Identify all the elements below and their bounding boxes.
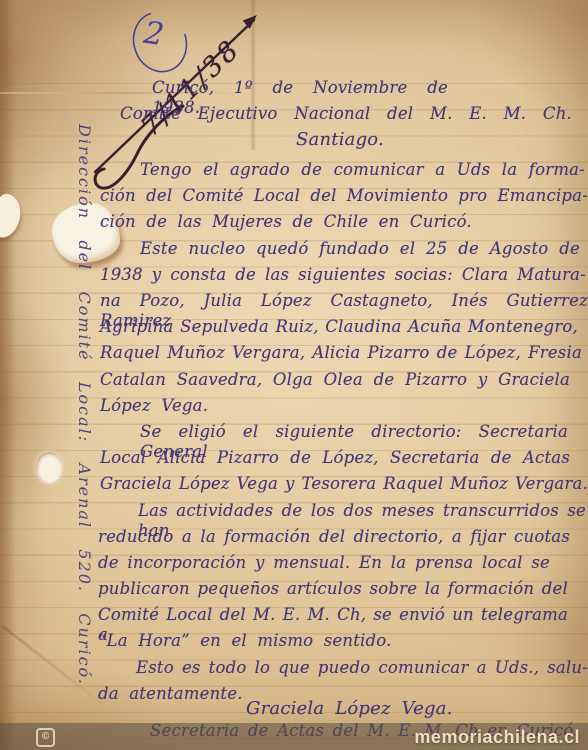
letter-line: ción de las Mujeres de Chile en Curicó. — [100, 212, 472, 232]
paper-edge-nick — [0, 192, 24, 241]
letter-line: “La Hora” en el mismo sentido. — [98, 631, 392, 651]
letter-city: Santiago. — [296, 130, 384, 150]
margin-note-address: Dirección del Comité Local: Arenal 520. … — [70, 124, 94, 686]
letter-line: Agripina Sepulveda Ruiz, Claudina Acuña … — [100, 317, 578, 337]
letter-line: Esto es todo lo que puedo comunicar a Ud… — [136, 658, 588, 678]
letter-line: ción del Comité Local del Movimiento pro… — [100, 186, 588, 206]
letter-line: 1938 y consta de las siguientes socias: … — [100, 265, 586, 285]
letter-line: López Vega. — [100, 396, 208, 416]
letter-line: Este nucleo quedó fundado el 25 de Agost… — [140, 239, 580, 259]
letter-line: Tengo el agrado de comunicar a Uds la fo… — [140, 160, 585, 180]
watermark-bar: © memoriachilena.cl — [0, 723, 588, 750]
letter-line: Catalan Saavedra, Olga Olea de Pizarro y… — [100, 370, 570, 390]
letter-line: publicaron pequeños artículos sobre la f… — [98, 579, 568, 599]
watermark-text: memoriachilena.cl — [414, 724, 580, 750]
scanned-letter-page: 2 7/11/38 Dirección del Comité Local: Ar… — [0, 0, 588, 750]
signature-name: Graciela López Vega. — [246, 699, 453, 719]
letter-recipient: Comité Ejecutivo Nacional del M. E. M. C… — [120, 104, 572, 124]
torn-left-edge — [0, 0, 16, 750]
letter-line: de incorporación y mensual. En la prensa… — [98, 553, 550, 573]
letter-line: reducido a la formación del directorio, … — [98, 527, 570, 547]
letter-line: Local Alicia Pizarro de López, Secretari… — [100, 448, 570, 468]
letter-line: da atentamente. — [98, 684, 243, 704]
copyright-icon: © — [36, 728, 55, 747]
punch-hole — [36, 452, 62, 483]
page-number-mark: 2 — [142, 15, 167, 53]
letter-line: Graciela López Vega y Tesorera Raquel Mu… — [100, 474, 588, 494]
letter-line: Raquel Muñoz Vergara, Alicia Pizarro de … — [100, 343, 582, 363]
